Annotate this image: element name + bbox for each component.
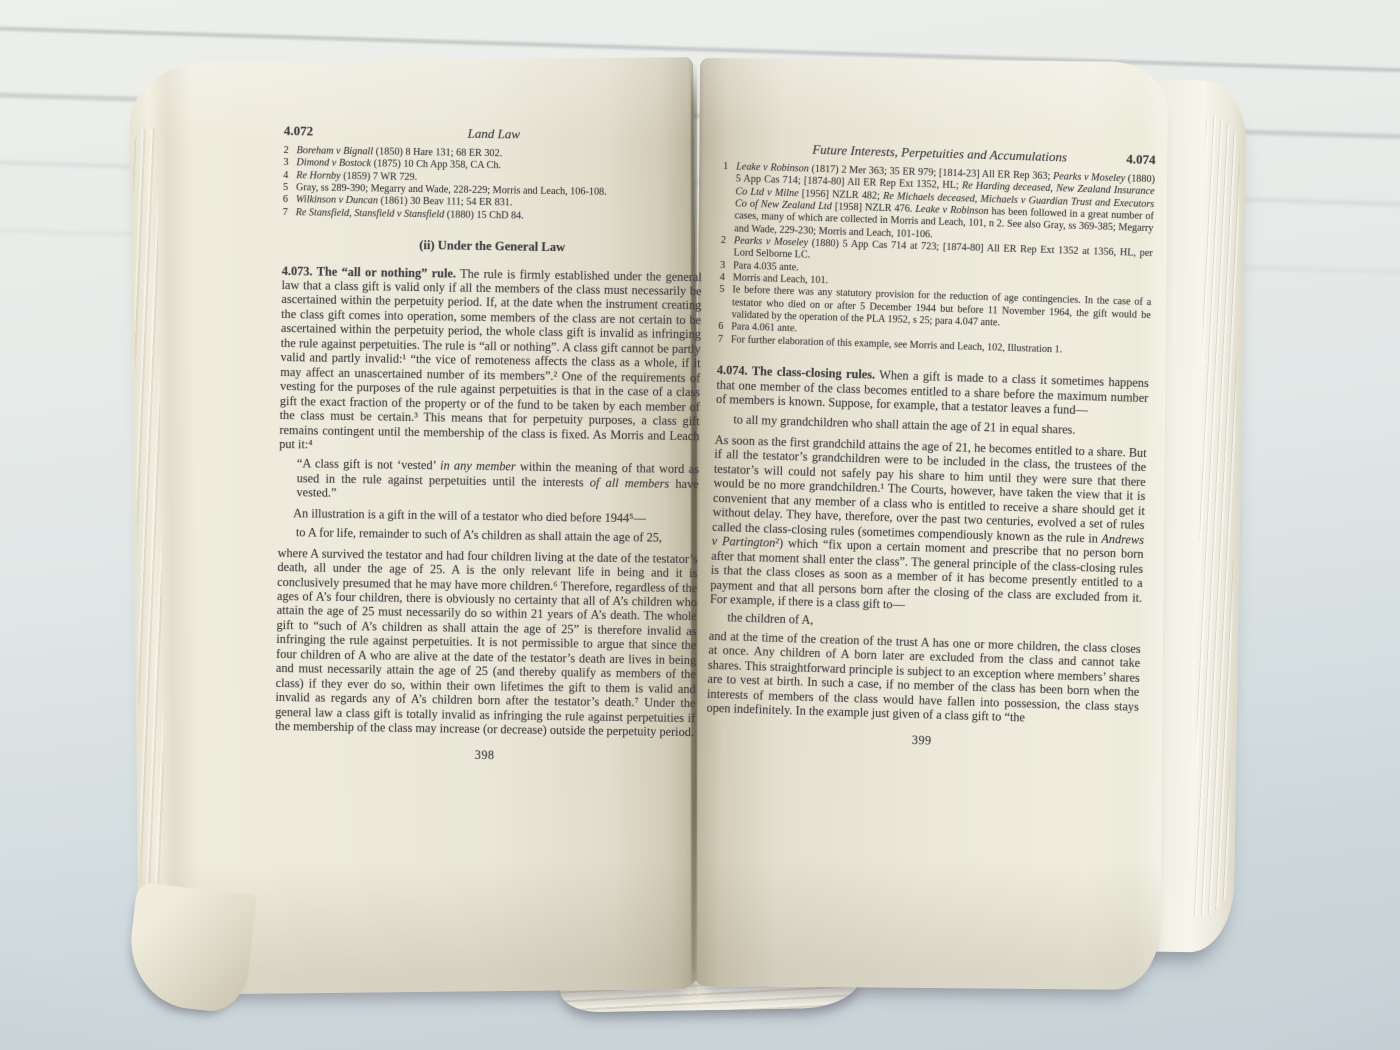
left-footnotes: 2Boreham v Bignall (1850) 8 Hare 131; 68… [283,145,704,225]
footnote: 1Leake v Robinson (1817) 2 Mer 363; 35 E… [721,161,1155,248]
paragraph-first-grandchild: As soon as the first grandchild attains … [710,433,1147,620]
footnote-number: 7 [718,334,731,347]
footnote-number: 4 [720,272,733,285]
section-heading: (ii) Under the General Law [282,236,702,257]
left-page-text: 4.072 Land Law 2Boreham v Bignall (1850)… [275,123,704,765]
head-spacer [724,151,796,153]
right-footnotes: 1Leake v Robinson (1817) 2 Mer 363; 35 E… [718,161,1155,359]
footnote-number: 2 [720,235,734,260]
paragraph-class-closes: and at the time of the creation of the t… [706,629,1140,729]
footnote-number: 4 [283,170,296,183]
head-spacer [632,140,704,141]
footnote-number: 7 [283,207,296,220]
paragraph-4074: 4.074. The class-closing rules. When a g… [716,363,1149,420]
block-quote: “A class gift is not ‘vested’ in any mem… [296,457,699,506]
example-gift-text: to A for life, remainder to such of A’s … [296,525,698,545]
book-photo: 4.072 Land Law 2Boreham v Bignall (1850)… [0,0,1400,1050]
left-section-number: 4.072 [284,123,356,139]
footnote-number: 3 [720,260,733,273]
footnote-number: 6 [718,321,731,334]
footnote-number: 2 [283,145,296,158]
footnote-number: 6 [283,194,296,207]
paragraph-where-a-survived: where A survived the testator and had fo… [275,546,698,740]
left-running-title: Land Law [356,124,632,143]
right-page-text: Future Interests, Perpetuities and Accum… [706,139,1156,754]
paragraph-4073: 4.073. The “all or nothing” rule. The ru… [279,264,702,458]
footnote-number: 5 [283,182,296,195]
footnote-number: 5 [718,284,732,321]
paragraph-illustration: An illustration is a gift in the will of… [278,506,698,527]
footnote-number: 3 [283,157,296,170]
footnote-text: Leake v Robinson (1817) 2 Mer 363; 35 ER… [734,161,1155,248]
right-section-number: 4.074 [1083,150,1155,167]
